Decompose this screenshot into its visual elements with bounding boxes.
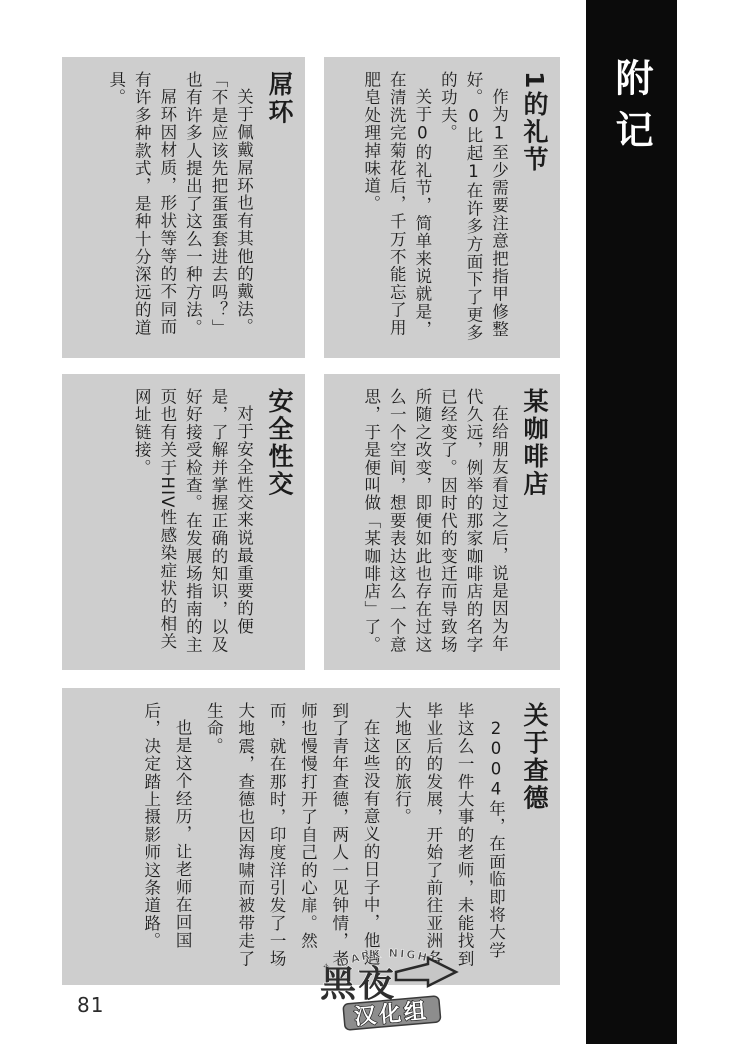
chapter-title: 附记 (604, 58, 659, 162)
paragraph: 关于0的礼节，简单来说就是，在清洗完菊花后，千万不能忘了用肥皂处理掉味道。 (358, 71, 435, 344)
paragraph: 对于安全性交来说最重要的便是，了解并掌握正确的知识，以及好好接受检查。在发展场指… (129, 388, 257, 656)
note-box-safe-sex: 安全性交 对于安全性交来说最重要的便是，了解并掌握正确的知识，以及好好接受检查。… (62, 374, 305, 670)
note-body: 作为1至少需要注意把指甲修整好。0比起1在许多方面下了更多的功夫。关于0的礼节，… (358, 71, 511, 344)
manga-afterword-page: 附记 1的礼节 作为1至少需要注意把指甲修整好。0比起1在许多方面下了更多的功夫… (0, 0, 736, 1044)
page-number: 81 (77, 993, 104, 1017)
note-body: 关于佩戴屌环也有其他的戴法。「不是应该先把蛋蛋套进去吗？」也有许多人提出了这么一… (103, 71, 256, 344)
logo-main-text: 黑夜 (320, 964, 396, 1005)
paragraph: 在给朋友看过之后，说是因为年代久远，例举的那家咖啡店的名字已经变了。因时代的变迁… (358, 388, 511, 656)
note-box-about-chad: 关于查德 2004年，在面临即将大学毕这么一件大事的老师，未能找到毕业后的发展，… (62, 688, 560, 985)
logo-sub-text: 汉化组 (353, 999, 430, 1030)
paragraph: 在这些没有意义的日子中，他遇到了青年查德，两人一见钟情，老师也慢慢打开了自己的心… (198, 702, 386, 971)
note-box-cock-ring: 屌环 关于佩戴屌环也有其他的戴法。「不是应该先把蛋蛋套进去吗？」也有许多人提出了… (62, 57, 305, 358)
note-box-certain-cafe: 某咖啡店 在给朋友看过之后，说是因为年代久远，例举的那家咖啡店的名字已经变了。因… (324, 374, 560, 670)
note-body: 对于安全性交来说最重要的便是，了解并掌握正确的知识，以及好好接受检查。在发展场指… (129, 388, 257, 656)
scanlation-group-logo: DARK NIGHT ✦ 黑夜 汉化组 (314, 940, 474, 1035)
paragraph: 作为1至少需要注意把指甲修整好。0比起1在许多方面下了更多的功夫。 (435, 71, 512, 344)
note-title: 屌环 (263, 71, 296, 344)
note-title: 关于查德 (518, 702, 551, 971)
note-title: 1的礼节 (518, 71, 551, 344)
paragraph: 也是这个经历，让老师在回国后，决定踏上摄影师这条道路。 (135, 702, 198, 971)
paragraph: 关于佩戴屌环也有其他的戴法。「不是应该先把蛋蛋套进去吗？」也有许多人提出了这么一… (180, 71, 257, 344)
note-title: 某咖啡店 (518, 388, 551, 656)
note-body: 在给朋友看过之后，说是因为年代久远，例举的那家咖啡店的名字已经变了。因时代的变迁… (358, 388, 511, 656)
note-box-etiquette-of-1: 1的礼节 作为1至少需要注意把指甲修整好。0比起1在许多方面下了更多的功夫。关于… (324, 57, 560, 358)
note-body: 2004年，在面临即将大学毕这么一件大事的老师，未能找到毕业后的发展，开始了前往… (135, 702, 511, 971)
chapter-sidebar: 附记 (586, 0, 677, 1044)
paragraph: 屌环因材质，形状等等的不同而有许多种款式，是种十分深远的道具。 (103, 71, 180, 344)
paragraph: 2004年，在面临即将大学毕这么一件大事的老师，未能找到毕业后的发展，开始了前往… (386, 702, 511, 971)
note-title: 安全性交 (263, 388, 296, 656)
